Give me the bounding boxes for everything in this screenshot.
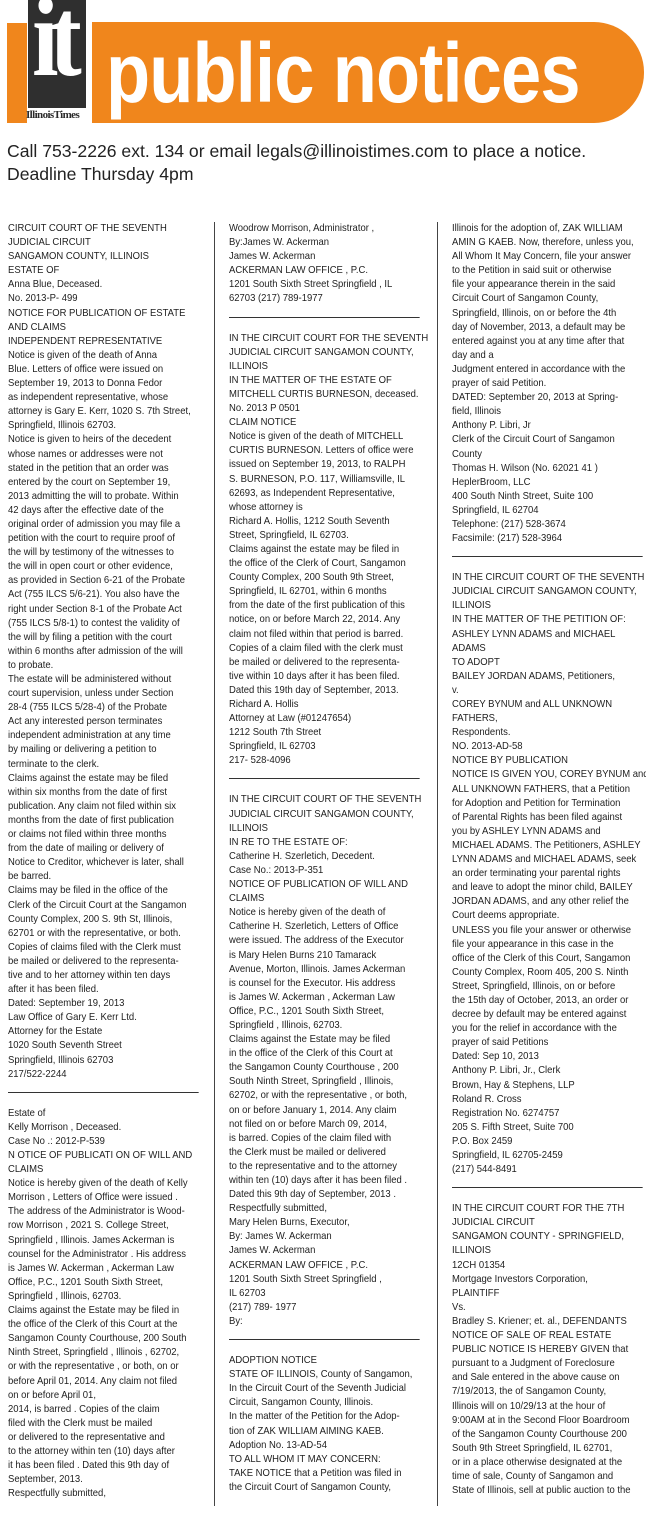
notice-line: is counsel for the Executor. His address <box>229 977 411 991</box>
notice-line: JUDICIAL CIRCUIT <box>452 1216 634 1230</box>
notice-line: By: James W. Ackerman <box>229 1230 411 1244</box>
notice-line: terminate to the clerk. <box>8 758 190 772</box>
notice-line: Clerk of the Circuit Court of Sangamon <box>452 433 634 447</box>
notice-line: Springfield , Illinois, 62703. <box>8 1290 190 1304</box>
notice-line: DATED: September 20, 2013 at Spring- <box>452 391 634 405</box>
notice-line: Vs. <box>452 1301 634 1315</box>
notice-line: of the Sangamon County Courthouse 200 <box>452 1428 634 1442</box>
notice-line: Springfield, Illinois 62703 <box>8 1054 190 1068</box>
notice-line: Springfield, IL 62704 <box>452 504 634 518</box>
notice-line: IN THE MATTER OF THE PETITION OF: <box>452 613 634 627</box>
notice-line: to the representative and to the attorne… <box>229 1160 411 1174</box>
notice-line: IN THE CIRCUIT COURT OF THE SEVENTH <box>452 571 634 585</box>
notice-line: County Complex, 200 S. 9th St, Illinois, <box>8 913 190 927</box>
notice-line: court supervision, unless under Section <box>8 687 190 701</box>
notice-line: Circuit, Sangamon County, Illinois. <box>229 1396 411 1410</box>
notice-line: Adoption No. 13-AD-54 <box>229 1439 411 1453</box>
notice-line: or with the representative , or both, on… <box>8 1360 190 1374</box>
notice-line: CLAIMS <box>8 1163 190 1177</box>
notice-separator <box>452 556 643 557</box>
notice-line: ADOPTION NOTICE <box>229 1354 411 1368</box>
notice-line: on or before January 1, 2014. Any claim <box>229 1104 411 1118</box>
notice-line: ALL UNKNOWN FATHERS, that a Petition <box>452 783 634 797</box>
notice-line: tive and to her attorney within ten days <box>8 969 190 983</box>
notice-line: Kelly Morrison , Deceased. <box>8 1121 190 1135</box>
notice-line: decree by default may be entered against <box>452 1008 634 1022</box>
notice-line: Thomas H. Wilson (No. 62021 41 ) <box>452 462 634 476</box>
notice-line: Mortgage Investors Corporation, <box>452 1273 634 1287</box>
notice-line: by mailing or delivering a petition to <box>8 743 190 757</box>
notice-line: STATE OF ILLINOIS, County of Sangamon, <box>229 1368 411 1382</box>
notice-line: Court deems appropriate. <box>452 909 634 923</box>
notice-line: Attorney for the Estate <box>8 1025 190 1039</box>
notice-line: is Mary Helen Burns 210 Tamarack <box>229 949 411 963</box>
notice-line: for Adoption and Petition for Terminatio… <box>452 797 634 811</box>
section-banner: public notices <box>92 22 644 123</box>
notice-line: SANGAMON COUNTY - SPRINGFIELD, <box>452 1230 634 1244</box>
notice-line: James W. Ackerman <box>229 1244 411 1258</box>
logo-wordmark: IllinoisTimes <box>26 108 88 122</box>
notice-line: time of sale, County of Sangamon and <box>452 1470 634 1484</box>
column-divider <box>214 222 215 1506</box>
notice-line: Act (755 ILCS 5/6-21). You also have the <box>8 588 190 602</box>
notice-line: INDEPENDENT REPRESENTATIVE <box>8 335 190 349</box>
notice-line: Sangamon County Courthouse, 200 South <box>8 1332 190 1346</box>
notice-line: 1020 South Seventh Street <box>8 1039 190 1053</box>
notice-line: ILLINOIS <box>229 360 411 374</box>
notice-line: entered by the court on September 19, <box>8 476 190 490</box>
notice-line: 62701 or with the representative, or bot… <box>8 927 190 941</box>
notice-line: claim not filed within that period is ba… <box>229 628 411 642</box>
notice-line: and leave to adopt the minor child, BAIL… <box>452 881 634 895</box>
notice-line: Claims against the Estate may be filed i… <box>8 1304 190 1318</box>
notice-line: Mary Helen Burns, Executor, <box>229 1216 411 1230</box>
notice-line: right under Section 8-1 of the Probate A… <box>8 603 190 617</box>
notice-line: Catherine H. Szerletich, Decedent. <box>229 850 411 864</box>
notice-line: you for the relief in accordance with th… <box>452 1022 634 1036</box>
notice-line: HeplerBroom, LLC <box>452 476 634 490</box>
notice-line: State of Illinois, sell at public auctio… <box>452 1484 634 1498</box>
notice-line: within ten (10) days after it has been f… <box>229 1174 411 1188</box>
notice-line: whose names or addresses were not <box>8 448 190 462</box>
notice-line: the will by testimony of the witnesses t… <box>8 546 190 560</box>
notice-line: is James W. Ackerman , Ackerman Law <box>229 991 411 1005</box>
notice-line: MITCHELL CURTIS BURNESON, deceased. <box>229 388 411 402</box>
notice-line: the Circuit Court of Sangamon County, <box>229 1481 411 1495</box>
notice-line: (755 ILCS 5/8-1) to contest the validity… <box>8 617 190 631</box>
notice-line: CLAIM NOTICE <box>229 416 411 430</box>
notice-line: it has been filed . Dated this 9th day o… <box>8 1459 190 1473</box>
notice-line: stated in the petition that an order was <box>8 462 190 476</box>
notice-line: on or before April 01, <box>8 1389 190 1403</box>
notice-line: Anthony P. Libri, Jr <box>452 419 634 433</box>
notice-line: Notice is hereby given of the death of K… <box>8 1177 190 1191</box>
notice-line: NOTICE OF SALE OF REAL ESTATE <box>452 1329 634 1343</box>
notice-line: the office of the Clerk of this Court at… <box>8 1318 190 1332</box>
legal-notice: Illinois for the adoption of, ZAK WILLIA… <box>452 222 634 546</box>
notice-line: NOTICE OF PUBLICATION OF WILL AND <box>229 878 411 892</box>
notice-line: TAKE NOTICE that a Petition was filed in <box>229 1467 411 1481</box>
notice-line: ESTATE OF <box>8 264 190 278</box>
notice-line: Case No .: 2012-P-539 <box>8 1135 190 1149</box>
notice-line: independent administration at any time <box>8 729 190 743</box>
legal-notice: IN THE CIRCUIT COURT FOR THE SEVENTHJUDI… <box>229 332 411 769</box>
notice-line: JUDICIAL CIRCUIT SANGAMON COUNTY, <box>452 585 634 599</box>
notice-line: in the office of the Clerk of this Court… <box>229 1047 411 1061</box>
notice-line: Springfield , Illinois. James Ackerman i… <box>8 1234 190 1248</box>
notice-line: entered against you at any time after th… <box>452 335 634 349</box>
notice-line: Claims against the Estate may be filed <box>229 1033 411 1047</box>
notice-line: be mailed or delivered to the representa… <box>8 955 190 969</box>
notice-line: Springfield, IL 62703 <box>229 740 411 754</box>
notice-line: to probate. <box>8 659 190 673</box>
notice-line: row Morrison , 2021 S. College Street, <box>8 1219 190 1233</box>
notice-line: within six months from the date of first <box>8 786 190 800</box>
notice-line: pursuant to a Judgment of Foreclosure <box>452 1357 634 1371</box>
notice-line: 62702, or with the representative , or b… <box>229 1089 411 1103</box>
notice-line: Anthony P. Libri, Jr., Clerk <box>452 1064 634 1078</box>
notice-line: Claims may be filed in the office of the <box>8 884 190 898</box>
notice-line: tive within 10 days after it has been fi… <box>229 670 411 684</box>
notice-line: JUDICIAL CIRCUIT SANGAMON COUNTY, <box>229 346 411 360</box>
notice-line: County Complex, Room 405, 200 S. Ninth <box>452 966 634 980</box>
notice-line: JUDICIAL CIRCUIT SANGAMON COUNTY, <box>229 808 411 822</box>
notice-line: tion of ZAK WILLIAM AIMING KAEB. <box>229 1425 411 1439</box>
notice-line: counsel for the Administrator . His addr… <box>8 1248 190 1262</box>
notice-line: Law Office of Gary E. Kerr Ltd. <box>8 1011 190 1025</box>
notice-line: 7/19/2013, the of Sangamon County, <box>452 1385 634 1399</box>
notice-line: be barred. <box>8 870 190 884</box>
notice-line: LYNN ADAMS and MICHAEL ADAMS, seek <box>452 853 634 867</box>
notice-line: publication. Any claim not filed within … <box>8 800 190 814</box>
notice-line: The estate will be administered without <box>8 673 190 687</box>
notice-line: IN THE CIRCUIT COURT OF THE SEVENTH <box>229 793 411 807</box>
notice-line: Springfield, Illinois, on or before the … <box>452 307 634 321</box>
contact-info: Call 753-2226 ext. 134 or email legals@i… <box>7 140 639 186</box>
notice-line: PUBLIC NOTICE IS HEREBY GIVEN that <box>452 1343 634 1357</box>
notice-line: or claims not filed within three months <box>8 828 190 842</box>
notice-line: IN THE CIRCUIT COURT FOR THE SEVENTH <box>229 332 411 346</box>
notice-line: you by ASHLEY LYNN ADAMS and <box>452 825 634 839</box>
notice-line: Notice is given of the death of Anna <box>8 349 190 363</box>
column-divider <box>437 222 438 1506</box>
notice-line: Estate of <box>8 1107 190 1121</box>
notice-line: Claims against the estate may be filed i… <box>229 543 411 557</box>
notice-line: Street, Springfield, Illinois, on or bef… <box>452 980 634 994</box>
notice-line: to the attorney within ten (10) days aft… <box>8 1445 190 1459</box>
notice-line: NO. 2013-AD-58 <box>452 740 634 754</box>
notice-line: 12CH 01354 <box>452 1259 634 1273</box>
notice-line: Morrison , Letters of Office were issued… <box>8 1191 190 1205</box>
notice-line: Blue. Letters of office were issued on <box>8 363 190 377</box>
notice-line: Roland R. Cross <box>452 1093 634 1107</box>
notice-line: 2014, is barred . Copies of the claim <box>8 1403 190 1417</box>
notice-line: (217) 789- 1977 <box>229 1301 411 1315</box>
notice-line: v. <box>452 684 634 698</box>
masthead: it IllinoisTimes public notices <box>0 0 646 125</box>
notice-line: Respondents. <box>452 726 634 740</box>
notice-line: Avenue, Morton, Illinois. James Ackerman <box>229 963 411 977</box>
notice-line: IN THE MATTER OF THE ESTATE OF <box>229 374 411 388</box>
notice-line: The address of the Administrator is Wood… <box>8 1205 190 1219</box>
notice-line: Facsimile: (217) 528-3964 <box>452 532 634 546</box>
notice-line: SANGAMON COUNTY, ILLINOIS <box>8 250 190 264</box>
legal-notice: Woodrow Morrison, Administrator ,By:Jame… <box>229 222 411 307</box>
notice-line: No. 2013 P 0501 <box>229 402 411 416</box>
notice-line: notice, on or before March 22, 2014. Any <box>229 613 411 627</box>
notice-line: within 6 months after admission of the w… <box>8 645 190 659</box>
notice-line: whose attorney is <box>229 501 411 515</box>
notice-line: file your appearance in this case in the <box>452 938 634 952</box>
logo-letters: it <box>28 0 77 94</box>
notice-line: 1201 South Sixth Street Springfield , IL <box>229 278 411 292</box>
notice-line: Woodrow Morrison, Administrator , <box>229 222 411 236</box>
notice-line: JORDAN ADAMS, and any other relief the <box>452 895 634 909</box>
legal-notice: ADOPTION NOTICESTATE OF ILLINOIS, County… <box>229 1354 411 1495</box>
notice-line: from the date of mailing or delivery of <box>8 842 190 856</box>
notices-column-1: CIRCUIT COURT OF THE SEVENTHJUDICIAL CIR… <box>8 222 190 1501</box>
notice-line: the will in open court or other evidence… <box>8 560 190 574</box>
notice-line: 62693, as Independent Representative, <box>229 487 411 501</box>
deadline-line: Deadline Thursday 4pm <box>7 163 639 186</box>
notice-line: file your appearance therein in the said <box>452 278 634 292</box>
notice-line: months from the date of first publicatio… <box>8 814 190 828</box>
notice-line: 400 South Ninth Street, Suite 100 <box>452 490 634 504</box>
notice-line: South Ninth Street, Springfield , Illino… <box>229 1075 411 1089</box>
notice-line: Springfield, IL 62701, within 6 months <box>229 585 411 599</box>
notice-line: IN THE CIRCUIT COURT FOR THE 7TH <box>452 1202 634 1216</box>
notice-line: NOTICE FOR PUBLICATION OF ESTATE <box>8 307 190 321</box>
notice-line: day of November, 2013, a default may be <box>452 321 634 335</box>
notice-line: Ninth Street, Springfield , Illinois , 6… <box>8 1346 190 1360</box>
notice-line: County <box>452 448 634 462</box>
notice-line: 217- 528-4096 <box>229 754 411 768</box>
notice-line: Richard A. Hollis, 1212 South Seventh <box>229 515 411 529</box>
notice-line: September, 2013. <box>8 1473 190 1487</box>
notice-line: as provided in Section 6-21 of the Proba… <box>8 574 190 588</box>
legal-notice: IN THE CIRCUIT COURT FOR THE 7THJUDICIAL… <box>452 1202 634 1498</box>
notice-line: 62703 (217) 789-1977 <box>229 292 411 306</box>
notice-line: September 19, 2013 to Donna Fedor <box>8 377 190 391</box>
notice-line: County Complex, 200 South 9th Street, <box>229 571 411 585</box>
notice-line: Dated: September 19, 2013 <box>8 997 190 1011</box>
notice-line: or delivered to the representative and <box>8 1431 190 1445</box>
notice-line: 1201 South Sixth Street Springfield , <box>229 1273 411 1287</box>
notice-line: ASHLEY LYNN ADAMS and MICHAEL <box>452 628 634 642</box>
notice-line: is barred. Copies of the claim filed wit… <box>229 1132 411 1146</box>
notice-line: N OTICE OF PUBLICATI ON OF WILL AND <box>8 1149 190 1163</box>
notice-line: 2013 admitting the will to probate. With… <box>8 490 190 504</box>
notice-line: as independent representative, whose <box>8 391 190 405</box>
notice-line: 9:00AM at in the Second Floor Boardroom <box>452 1414 634 1428</box>
notice-line: Catherine H. Szerletich, Letters of Offi… <box>229 920 411 934</box>
notice-line: the Sangamon County Courthouse , 200 <box>229 1061 411 1075</box>
notice-separator <box>229 778 420 779</box>
notice-line: an order terminating your parental right… <box>452 867 634 881</box>
notice-line: Illinois will on 10/29/13 at the hour of <box>452 1400 634 1414</box>
notice-line: field, Illinois <box>452 405 634 419</box>
notice-line: MICHAEL ADAMS. The Petitioners, ASHLEY <box>452 839 634 853</box>
notice-line: Registration No. 6274757 <box>452 1107 634 1121</box>
notice-line: 1212 South 7th Street <box>229 726 411 740</box>
notice-line: the will by filing a petition with the c… <box>8 631 190 645</box>
notice-line: Notice is hereby given of the death of <box>229 906 411 920</box>
notice-line: ILLINOIS <box>229 822 411 836</box>
notice-line: issued on September 19, 2013, to RALPH <box>229 458 411 472</box>
notice-line: Illinois for the adoption of, ZAK WILLIA… <box>452 222 634 236</box>
notice-line: Anna Blue, Deceased. <box>8 278 190 292</box>
notice-line: PLAINTIFF <box>452 1287 634 1301</box>
notice-line: Attorney at Law (#01247654) <box>229 712 411 726</box>
notice-line: CURTIS BURNESON. Letters of office were <box>229 444 411 458</box>
notice-line: Notice is given to heirs of the decedent <box>8 433 190 447</box>
notice-line: day and a <box>452 349 634 363</box>
notice-line: Street, Springfield, IL 62703. <box>229 529 411 543</box>
notice-line: be mailed or delivered to the representa… <box>229 656 411 670</box>
notice-line: Brown, Hay & Stephens, LLP <box>452 1079 634 1093</box>
notice-line: Act any interested person terminates <box>8 715 190 729</box>
notice-line: CIRCUIT COURT OF THE SEVENTH <box>8 222 190 236</box>
legal-notice: Estate ofKelly Morrison , Deceased.Case … <box>8 1107 190 1502</box>
notice-line: original order of admission you may file… <box>8 518 190 532</box>
notice-line: AND CLAIMS <box>8 321 190 335</box>
section-title: public notices <box>106 28 580 118</box>
notice-line: 42 days after the effective date of the <box>8 504 190 518</box>
notice-line: Dated this 9th day of September, 2013 . <box>229 1188 411 1202</box>
masthead-accent-bar <box>7 23 27 123</box>
notice-line: COREY BYNUM and ALL UNKNOWN <box>452 698 634 712</box>
notice-line: TO ADOPT <box>452 656 634 670</box>
notice-line: FATHERS, <box>452 712 634 726</box>
notice-separator <box>8 1092 199 1093</box>
notice-separator <box>452 1187 643 1188</box>
notice-line: the Clerk must be mailed or delivered <box>229 1146 411 1160</box>
notice-line: before April 01, 2014. Any claim not fil… <box>8 1375 190 1389</box>
notice-line: Claims against the estate may be filed <box>8 772 190 786</box>
notice-line: filed with the Clerk must be mailed <box>8 1417 190 1431</box>
notice-line: South 9th Street Springfield, IL 62701, <box>452 1442 634 1456</box>
notice-line: In the Circuit Court of the Seventh Judi… <box>229 1382 411 1396</box>
notice-line: were issued. The address of the Executor <box>229 934 411 948</box>
notice-line: Dated: Sep 10, 2013 <box>452 1050 634 1064</box>
notice-line: TO ALL WHOM IT MAY CONCERN: <box>229 1453 411 1467</box>
notice-line: Springfield , Illinois, 62703. <box>229 1019 411 1033</box>
notice-line: Case No.: 2013-P-351 <box>229 864 411 878</box>
notice-line: Office, P.C., 1201 South Sixth Street, <box>8 1276 190 1290</box>
notice-line: Notice to Creditor, whichever is later, … <box>8 856 190 870</box>
notice-line: ACKERMAN LAW OFFICE , P.C. <box>229 264 411 278</box>
notice-line: By: <box>229 1315 411 1329</box>
notice-line: prayer of said Petitions <box>452 1036 634 1050</box>
notice-line: IL 62703 <box>229 1287 411 1301</box>
notice-line: prayer of said Petition. <box>452 377 634 391</box>
notice-line: All Whom It May Concern, file your answe… <box>452 250 634 264</box>
contact-line: Call 753-2226 ext. 134 or email legals@i… <box>7 140 639 163</box>
notice-line: ADAMS <box>452 642 634 656</box>
notice-line: Springfield, IL 62705-2459 <box>452 1149 634 1163</box>
notice-line: not filed on or before March 09, 2014, <box>229 1118 411 1132</box>
notice-line: JUDICIAL CIRCUIT <box>8 236 190 250</box>
notice-line: UNLESS you file your answer or otherwise <box>452 924 634 938</box>
notice-line: Office, P.C., 1201 South Sixth Street, <box>229 1005 411 1019</box>
notice-line: Copies of a claim filed with the clerk m… <box>229 642 411 656</box>
notice-line: from the date of the first publication o… <box>229 599 411 613</box>
notice-line: IN RE TO THE ESTATE OF: <box>229 836 411 850</box>
notice-line: NOTICE IS GIVEN YOU, COREY BYNUM and <box>452 768 634 782</box>
notices-column-3: Illinois for the adoption of, ZAK WILLIA… <box>452 222 634 1498</box>
notice-line: Clerk of the Circuit Court at the Sangam… <box>8 899 190 913</box>
notice-line: Respectfully submitted, <box>8 1487 190 1501</box>
notice-line: after it has been filed. <box>8 983 190 997</box>
notice-line: 28-4 (755 ILCS 5/28-4) of the Probate <box>8 701 190 715</box>
notice-line: S. BURNESON, P.O. 117, Williamsville, IL <box>229 473 411 487</box>
notice-line: attorney is Gary E. Kerr, 1020 S. 7th St… <box>8 405 190 419</box>
notice-line: Dated this 19th day of September, 2013. <box>229 684 411 698</box>
notice-line: the 15th day of October, 2013, an order … <box>452 994 634 1008</box>
notice-line: Telephone: (217) 528-3674 <box>452 518 634 532</box>
notice-line: No. 2013-P- 499 <box>8 292 190 306</box>
notice-line: office of the Clerk of this Court, Sanga… <box>452 952 634 966</box>
notice-line: of Parental Rights has been filed agains… <box>452 811 634 825</box>
notices-column-2: Woodrow Morrison, Administrator ,By:Jame… <box>229 222 411 1495</box>
notice-line: Springfield, Illinois 62703. <box>8 419 190 433</box>
notice-line: Circuit Court of Sangamon County, <box>452 292 634 306</box>
notice-line: is James W. Ackerman , Ackerman Law <box>8 1262 190 1276</box>
notice-line: NOTICE BY PUBLICATION <box>452 754 634 768</box>
notice-line: ILLINOIS <box>452 599 634 613</box>
notice-line: Bradley S. Kriener; et. al., DEFENDANTS <box>452 1315 634 1329</box>
notice-line: P.O. Box 2459 <box>452 1135 634 1149</box>
notice-line: Copies of claims filed with the Clerk mu… <box>8 941 190 955</box>
notice-line: petition with the court to require proof… <box>8 532 190 546</box>
notice-line: Respectfully submitted, <box>229 1202 411 1216</box>
legal-notice: CIRCUIT COURT OF THE SEVENTHJUDICIAL CIR… <box>8 222 190 1082</box>
notice-line: By:James W. Ackerman <box>229 236 411 250</box>
notice-line: Notice is given of the death of MITCHELL <box>229 430 411 444</box>
legal-notice: IN THE CIRCUIT COURT OF THE SEVENTHJUDIC… <box>452 571 634 1177</box>
notice-line: Judgment entered in accordance with the <box>452 363 634 377</box>
notice-line: ILLINOIS <box>452 1244 634 1258</box>
notice-line: ACKERMAN LAW OFFICE , P.C. <box>229 1259 411 1273</box>
notice-line: CLAIMS <box>229 892 411 906</box>
notice-line: and Sale entered in the above cause on <box>452 1371 634 1385</box>
notice-line: In the matter of the Petition for the Ad… <box>229 1410 411 1424</box>
notice-line: Richard A. Hollis <box>229 698 411 712</box>
notice-line: James W. Ackerman <box>229 250 411 264</box>
notice-line: (217) 544-8491 <box>452 1163 634 1177</box>
notice-separator <box>229 1339 420 1340</box>
notice-line: 205 S. Fifth Street, Suite 700 <box>452 1121 634 1135</box>
legal-notice: IN THE CIRCUIT COURT OF THE SEVENTHJUDIC… <box>229 793 411 1329</box>
notice-line: the office of the Clerk of Court, Sangam… <box>229 557 411 571</box>
notice-line: AMIN G KAEB. Now, therefore, unless you, <box>452 236 634 250</box>
notice-line: BAILEY JORDAN ADAMS, Petitioners, <box>452 670 634 684</box>
notice-separator <box>229 317 420 318</box>
notice-line: or in a place otherwise designated at th… <box>452 1456 634 1470</box>
illinois-times-logo: it <box>28 0 86 108</box>
notice-line: to the Petition in said suit or otherwis… <box>452 264 634 278</box>
notice-line: 217/522-2244 <box>8 1068 190 1082</box>
